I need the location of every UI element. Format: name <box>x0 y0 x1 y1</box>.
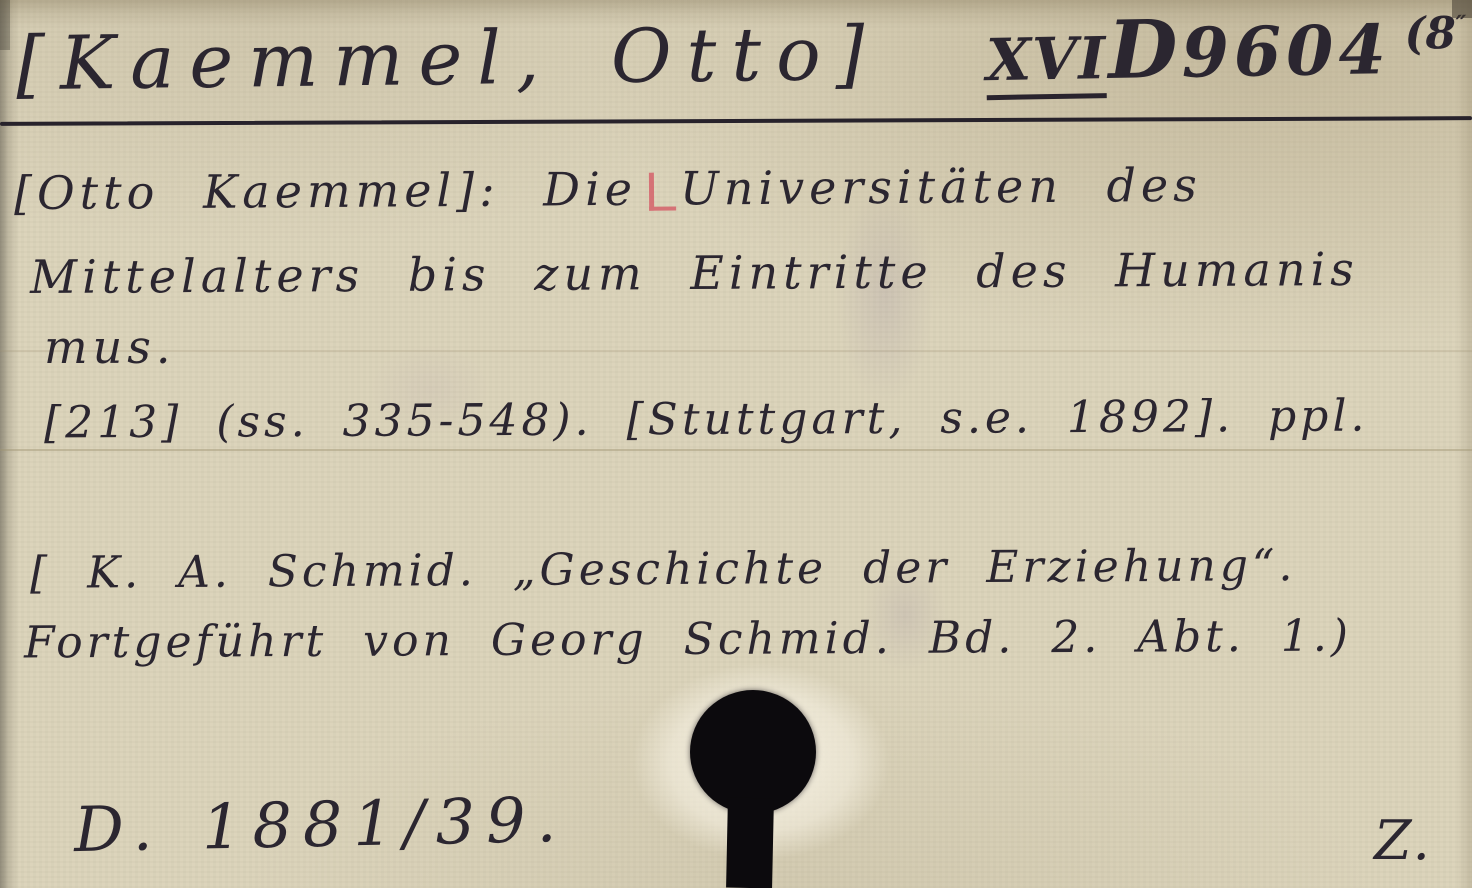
scan-corner-artifact <box>1452 0 1472 18</box>
hole-punch-icon <box>690 690 816 814</box>
call-number-roman: XVI <box>986 29 1107 100</box>
accession-number: D. 1881/39. <box>73 789 567 861</box>
faint-ruling-line <box>0 449 1472 451</box>
body-line-2: Mittelalters bis zum Eintritte des Human… <box>30 246 1359 300</box>
scan-edge-artifact <box>0 0 10 50</box>
imprint-line: [213] (ss. 335-548). [Stuttgart, s.e. 18… <box>44 395 1369 446</box>
hole-punch-slit <box>726 798 774 888</box>
body-line-1-after-mark: Universitäten des <box>680 158 1202 216</box>
catalog-card-scan: [Kaemmel, Otto] XVI D 9604 (8″ [Otto Kae… <box>0 0 1472 888</box>
body-line-3: mus. <box>44 324 175 370</box>
faint-ruling-line <box>0 350 1472 352</box>
series-note-line-1: [ K. A. Schmid. „Geschichte der Erziehun… <box>30 544 1297 596</box>
header-rule-line <box>0 116 1472 126</box>
card-heading: [Kaemmel, Otto] <box>16 17 880 102</box>
body-line-1-before-mark: [Otto Kaemmel]: Die <box>14 162 637 220</box>
format-paren-digit: (8 <box>1404 8 1456 60</box>
body-line-1: [Otto Kaemmel]: DieUniversitäten des <box>14 162 1202 216</box>
format-designation: (8″ <box>1404 12 1467 57</box>
red-bracket-mark <box>649 173 676 211</box>
call-number-class-letter: D <box>1107 9 1178 90</box>
call-number-digits: 9604 <box>1181 16 1391 88</box>
cataloger-initial: Z. <box>1374 814 1432 868</box>
call-number: XVI D 9604 (8″ <box>985 4 1467 100</box>
